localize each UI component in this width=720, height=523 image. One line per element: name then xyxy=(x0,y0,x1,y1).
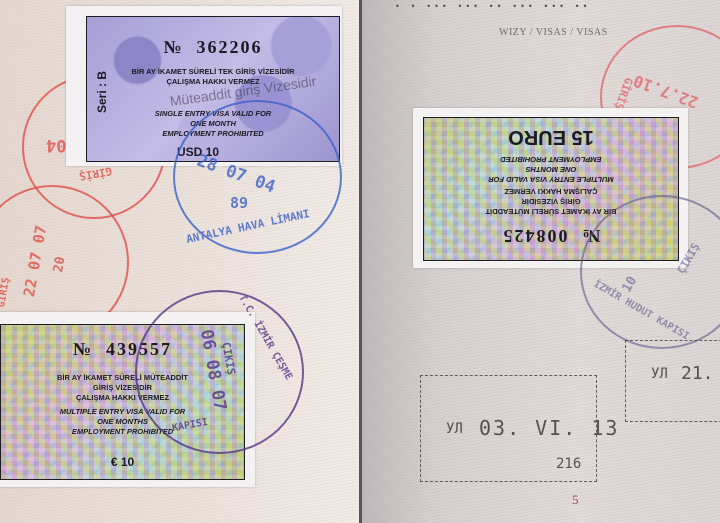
visa-fee: 15 EURO xyxy=(424,125,678,148)
stamp-prefix: УЛ xyxy=(446,421,463,437)
stamp-code: 216 xyxy=(556,456,581,472)
stamp-ring-text: GİRİŞ xyxy=(0,277,12,309)
stamp-date: 10 xyxy=(619,274,640,295)
stamp-date: 28 07 04 xyxy=(194,151,278,198)
stamp-date: 22 07 07 xyxy=(20,224,50,298)
stamp-antalya-exit: 28 07 04 89 ANTALYA HAVA LİMANI xyxy=(173,100,342,254)
stamp-code: 20 xyxy=(51,255,68,273)
stamp-action: GİRİŞ xyxy=(612,76,636,112)
stamp-code: 89 xyxy=(230,194,248,212)
stamp-code: KAPISI xyxy=(171,417,208,434)
visa-en-line1: MULTIPLE ENTRY VISA VALID FOR xyxy=(424,175,678,184)
visa-fee: € 10 xyxy=(1,455,244,469)
perforation-dots: • • ••• ••• •• ••• ••• •• xyxy=(395,2,590,11)
stamp-action: GİRİŞ xyxy=(78,164,113,183)
stamp-date: 21. I xyxy=(681,363,720,384)
stamp-date: 03. VI. 13 xyxy=(479,416,619,440)
visa-en-line3: EMPLOYMENT PROHIBITED xyxy=(424,155,678,164)
stamp-rect-030613: УЛ 03. VI. 13 216 xyxy=(420,375,597,482)
stamp-izmir-cesme-exit: T.C. İZMİR ÇEŞME 06 08 07 ÇIKIŞ KAPISI xyxy=(135,290,304,454)
stamp-rect-21: УЛ 21. I xyxy=(625,340,720,422)
visa-tr-line3: ÇALIŞMA HAKKI VERMEZ xyxy=(424,187,678,196)
page-gutter xyxy=(359,0,362,523)
visa-number: № 362206 xyxy=(87,37,339,58)
visa-en-line2: ONE MONTHS xyxy=(424,165,678,174)
stamp-date: 22.7.10 xyxy=(631,71,701,112)
page-number: 5 xyxy=(572,492,579,508)
stamp-prefix: УЛ xyxy=(651,366,668,382)
visas-header: WIZY / VISAS / VISAS xyxy=(499,27,608,38)
stamp-action: ÇIKIŞ xyxy=(675,241,703,276)
stamp-ring-text: ANTALYA HAVA LİMANI xyxy=(185,207,311,246)
